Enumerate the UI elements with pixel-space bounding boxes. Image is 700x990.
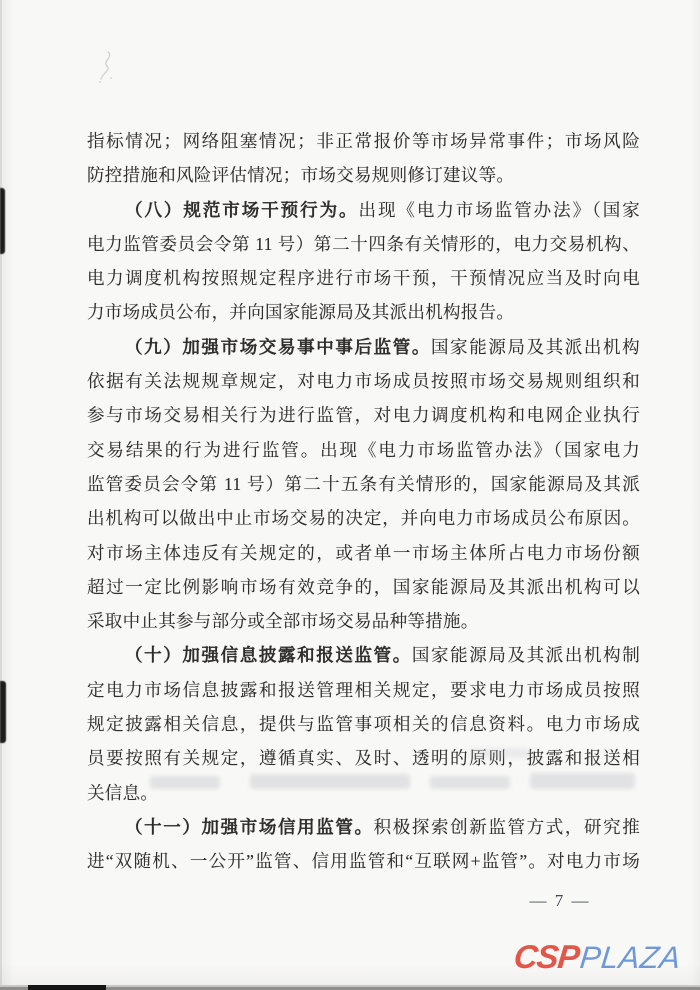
text-line: 指标情况；网络阻塞情况；非正常报价等市场异常事件；市场风险 <box>87 124 640 158</box>
text-run: 监管委员会令第 11 号）第二十五条有关情形的，国家能源局及其派 <box>87 474 640 494</box>
text-run: 依据有关法规规章规定，对电力市场成员按照市场交易规则组织和 <box>87 371 640 391</box>
text-line: 定电力市场信息披露和报送管理相关规定，要求电力市场成员按照 <box>87 673 640 707</box>
cspplaza-watermark: CSPPLAZA <box>514 938 694 976</box>
text-run: 采取中止其参与部分或全部市场交易品种等措施。 <box>87 611 479 631</box>
text-run: 出现《电力市场监管办法》（国家 <box>359 200 640 220</box>
text-line: 进“双随机、一公开”监管、信用监管和“互联网+监管”。对电力市场 <box>87 844 640 878</box>
watermark-plaza: PLAZA <box>578 940 683 976</box>
text-run: 出机构可以做出中止市场交易的决定，并向电力市场成员公布原因。 <box>87 508 640 528</box>
text-line: 对市场主体违反有关规定的，或者单一市场主体所占电力市场份额 <box>87 536 640 570</box>
text-run: 防控措施和风险评估情况；市场交易规则修订建议等。 <box>87 165 514 185</box>
text-line: 依据有关法规规章规定，对电力市场成员按照市场交易规则组织和 <box>87 364 640 398</box>
scan-left-edge <box>0 0 2 990</box>
text-run: 员要按照有关规定，遵循真实、及时、透明的原则，披露和报送相 <box>87 748 640 768</box>
section-heading: （十一）加强市场信用监管。 <box>125 817 374 837</box>
text-run: 定电力市场信息披露和报送管理相关规定，要求电力市场成员按照 <box>87 680 640 700</box>
section-heading: （九）加强市场交易事中事后监管。 <box>125 337 431 357</box>
scanned-document-page: 指标情况；网络阻塞情况；非正常报价等市场异常事件；市场风险防控措施和风险评估情况… <box>0 0 700 990</box>
text-run: 关信息。 <box>87 783 158 803</box>
text-run: 指标情况；网络阻塞情况；非正常报价等市场异常事件；市场风险 <box>87 131 640 151</box>
text-run: 电力监管委员会令第 11 号）第二十四条有关情形的，电力交易机构、 <box>87 234 640 254</box>
text-line: 电力监管委员会令第 11 号）第二十四条有关情形的，电力交易机构、 <box>87 227 640 261</box>
text-run: 进“双随机、一公开”监管、信用监管和“互联网+监管”。对电力市场 <box>87 851 640 871</box>
binding-mark-upper <box>0 188 5 254</box>
watermark-csp: CSP <box>512 938 581 976</box>
text-run: 交易结果的行为进行监管。出现《电力市场监管办法》（国家电力 <box>87 440 640 460</box>
text-line: （十一）加强市场信用监管。积极探索创新监管方式，研究推 <box>87 810 640 844</box>
text-run: 国家能源局及其派出机构 <box>431 337 640 357</box>
text-run: 电力调度机构按照规定程序进行市场干预，干预情况应当及时向电 <box>87 268 640 288</box>
text-run: 对市场主体违反有关规定的，或者单一市场主体所占电力市场份额 <box>87 543 640 563</box>
text-run: 力市场成员公布，并向国家能源局及其派出机构报告。 <box>87 302 514 322</box>
text-line: 员要按照有关规定，遵循真实、及时、透明的原则，披露和报送相 <box>87 741 640 775</box>
section-heading: （八）规范市场干预行为。 <box>125 200 359 220</box>
pencil-mark <box>94 48 120 88</box>
text-line: 关信息。 <box>87 776 640 810</box>
text-line: 防控措施和风险评估情况；市场交易规则修订建议等。 <box>87 158 640 192</box>
document-text: 指标情况；网络阻塞情况；非正常报价等市场异常事件；市场风险防控措施和风险评估情况… <box>87 124 640 879</box>
text-line: （八）规范市场干预行为。出现《电力市场监管办法》（国家 <box>87 193 640 227</box>
text-run: 积极探索创新监管方式，研究推 <box>374 817 640 837</box>
text-line: （九）加强市场交易事中事后监管。国家能源局及其派出机构 <box>87 330 640 364</box>
text-line: 超过一定比例影响市场有效竞争的，国家能源局及其派出机构可以 <box>87 570 640 604</box>
text-run: 规定披露相关信息，提供与监管事项相关的信息资料。电力市场成 <box>87 714 640 734</box>
text-line: 出机构可以做出中止市场交易的决定，并向电力市场成员公布原因。 <box>87 501 640 535</box>
text-line: 规定披露相关信息，提供与监管事项相关的信息资料。电力市场成 <box>87 707 640 741</box>
scan-bottom-dark-mark <box>28 985 106 990</box>
text-line: 电力调度机构按照规定程序进行市场干预，干预情况应当及时向电 <box>87 261 640 295</box>
text-line: （十）加强信息披露和报送监管。国家能源局及其派出机构制 <box>87 638 640 672</box>
text-line: 参与市场交易相关行为进行监管，对电力调度机构和电网企业执行 <box>87 398 640 432</box>
text-run: 超过一定比例影响市场有效竞争的，国家能源局及其派出机构可以 <box>87 577 640 597</box>
text-line: 力市场成员公布，并向国家能源局及其派出机构报告。 <box>87 295 640 329</box>
text-run: 参与市场交易相关行为进行监管，对电力调度机构和电网企业执行 <box>87 405 640 425</box>
text-line: 交易结果的行为进行监管。出现《电力市场监管办法》（国家电力 <box>87 433 640 467</box>
binding-mark-lower <box>0 681 6 743</box>
text-line: 采取中止其参与部分或全部市场交易品种等措施。 <box>87 604 640 638</box>
text-line: 监管委员会令第 11 号）第二十五条有关情形的，国家能源局及其派 <box>87 467 640 501</box>
section-heading: （十）加强信息披露和报送监管。 <box>125 645 412 665</box>
text-run: 国家能源局及其派出机构制 <box>412 645 640 665</box>
page-number: — 7 — <box>495 891 625 911</box>
